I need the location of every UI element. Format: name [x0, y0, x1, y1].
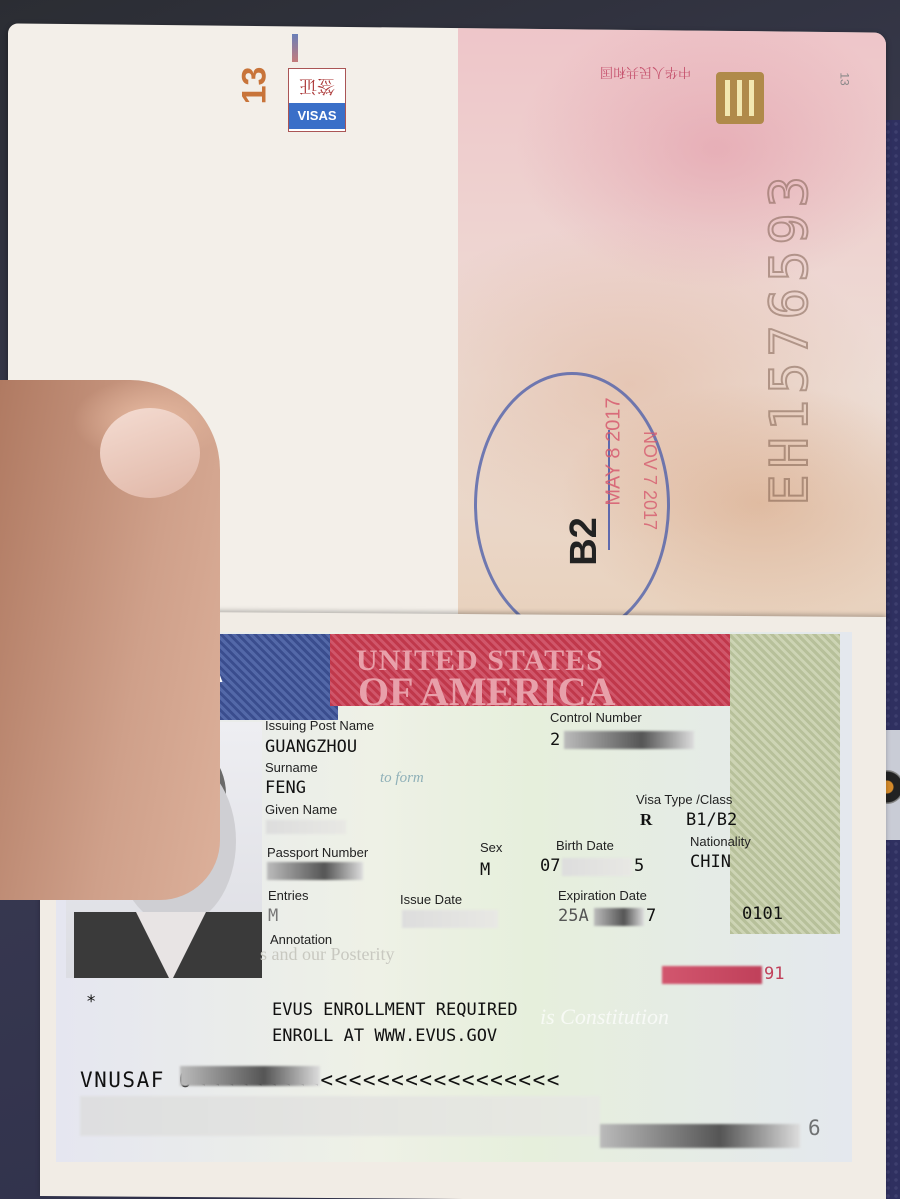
entries-label: Entries	[268, 888, 308, 903]
issue-date-label: Issue Date	[400, 892, 462, 907]
sex-label: Sex	[480, 840, 502, 855]
nationality-value: CHIN	[690, 852, 731, 872]
redacted-birth-date	[562, 858, 632, 876]
visa-green-band	[730, 634, 840, 934]
birth-date-suffix: 5	[634, 856, 644, 876]
visa-type-label: Visa Type /Class	[636, 792, 732, 807]
given-name-label: Given Name	[265, 802, 337, 817]
usa-title-line2: OF AMERICA	[358, 668, 615, 715]
stamp-date-primary: MAY 8 2017	[603, 397, 626, 505]
mrz-line-2: 6	[808, 1116, 822, 1140]
surname-value: FENG	[265, 778, 306, 798]
issuing-post-value: GUANGZHOU	[265, 737, 357, 757]
expiration-date-prefix: 25A	[558, 906, 589, 926]
side-page-number: 13	[838, 72, 852, 85]
annotation-line2: ENROLL AT WWW.EVUS.GOV	[272, 1026, 497, 1046]
entries-value: M	[268, 906, 278, 926]
page-number: 13	[235, 67, 274, 105]
birth-date-prefix: 07	[540, 856, 560, 876]
visas-badge-chinese: 签证	[289, 69, 345, 103]
visa-type-value: R	[640, 810, 652, 830]
thumbnail	[100, 408, 200, 498]
perforated-passport-number: EH1576593	[730, 170, 830, 610]
surname-label: Surname	[265, 760, 318, 775]
visa-class-value: B1/B2	[686, 810, 737, 830]
control-number-value: 2	[550, 730, 560, 750]
redacted-expiration-date	[594, 908, 644, 926]
control-number-label: Control Number	[550, 710, 642, 725]
redacted-given-name	[266, 820, 346, 834]
redacted-mrz-line-2	[80, 1096, 600, 1136]
asterisk: *	[86, 992, 96, 1012]
visas-badge-english: VISAS	[289, 103, 345, 129]
visas-badge: 签证 VISAS	[288, 68, 346, 132]
watermark-text: s and our Posterity	[260, 944, 395, 965]
issuing-post-label: Issuing Post Name	[265, 718, 374, 733]
redacted-passport-number	[267, 862, 363, 880]
mrz-line-1: VNUSAF O<<<<<<<<<<<<<<<<<<<<<<<<<<	[80, 1068, 561, 1092]
expiration-date-suffix: 7	[646, 906, 656, 926]
watermark-text: to form	[380, 770, 424, 787]
birth-date-label: Birth Date	[556, 838, 614, 853]
emblem-icon	[716, 72, 764, 124]
redacted-mrz-name	[180, 1066, 320, 1086]
stamp-class: B2	[563, 517, 606, 566]
sex-value: M	[480, 860, 490, 880]
stamp-date-secondary: NOV 7 2017	[639, 431, 660, 530]
passport-number-label: Passport Number	[267, 845, 368, 860]
redacted-issue-date	[402, 910, 498, 928]
redacted-mrz-number	[600, 1124, 800, 1148]
color-stripe-mark	[292, 34, 298, 62]
chinese-header-text: 中华人民共和国	[600, 64, 691, 83]
red-number-suffix: 91	[764, 964, 784, 984]
nationality-label: Nationality	[690, 834, 751, 849]
watermark-text: is Constitution	[540, 1004, 669, 1030]
redacted-red-number	[662, 966, 762, 984]
code-value: 0101	[742, 904, 783, 924]
expiration-date-label: Expiration Date	[558, 888, 647, 903]
annotation-line1: EVUS ENROLLMENT REQUIRED	[272, 1000, 518, 1020]
redacted-control-number	[564, 731, 694, 749]
annotation-label: Annotation	[270, 932, 332, 947]
